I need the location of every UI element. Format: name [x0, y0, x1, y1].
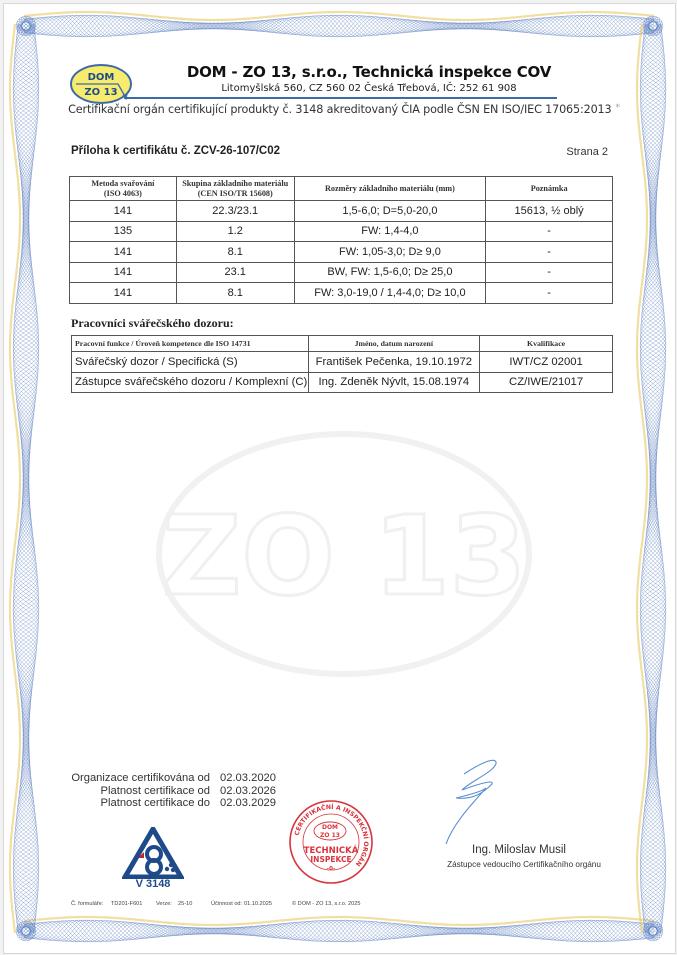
effective-label: Účinnost od:: [211, 901, 244, 907]
copyright: © DOM - ZO 13, s.r.o. 2025: [292, 901, 360, 907]
dimensions-cell: FW: 1,4-4,0: [294, 221, 486, 242]
company-name: DOM - ZO 13, s.r.o., Technická inspekce …: [179, 63, 559, 81]
signature: [434, 752, 524, 847]
supervision-section-title: Pracovníci svářečského dozoru:: [71, 316, 234, 331]
svg-text:ZO 13: ZO 13: [84, 87, 117, 98]
header-qualification: Kvalifikace: [480, 336, 613, 352]
svg-text:INSPEKCE: INSPEKCE: [310, 855, 351, 864]
welding-method-cell: 135: [70, 221, 177, 242]
qualification-cell: IWT/CZ 02001: [480, 352, 613, 373]
function-cell: Svářečský dozor / Specifická (S): [72, 352, 309, 373]
supervision-table-header: Pracovní funkce / Úroveň kompetence dle …: [72, 336, 613, 352]
function-cell: Zástupce svářečského dozoru / Komplexní …: [72, 372, 309, 393]
dimensions-cell: BW, FW: 1,5-6,0; D≥ 25,0: [294, 262, 486, 283]
note-cell: -: [486, 262, 613, 283]
header-material-group: Skupina základního materiálu(CEN ISO/TR …: [176, 177, 294, 201]
signatory-role: Zástupce vedoucího Certifikačního orgánu: [424, 860, 624, 869]
page-number: Strana 2: [544, 146, 608, 158]
table-row: 1351.2FW: 1,4-4,0-: [70, 221, 613, 242]
accreditation-code: V 3148: [122, 878, 184, 890]
name-birthdate-cell: František Pečenka, 19.10.1972: [308, 352, 480, 373]
watermark-logo: ZO 13: [154, 424, 534, 684]
validity-row: Platnost certifikace do02.03.2029: [64, 797, 276, 810]
official-stamp: CERTIFIKAČNÍ A INSPEKČNÍ ORGÁN DOM ZO 13…: [288, 799, 374, 885]
validity-row: Organizace certifikována od02.03.2020: [64, 772, 276, 785]
company-address: Litomyšlská 560, CZ 560 02 Česká Třebová…: [179, 83, 559, 94]
header-material-dimensions: Rozměry základního materiálu (mm): [294, 177, 486, 201]
dimensions-cell: FW: 1,05-3,0; D≥ 9,0: [294, 242, 486, 263]
welding-method-cell: 141: [70, 242, 177, 263]
table-row: 14123.1BW, FW: 1,5-6,0; D≥ 25,0-: [70, 262, 613, 283]
table-row: 1418.1FW: 1,05-3,0; D≥ 9,0-: [70, 242, 613, 263]
header-welding-method: Metoda svařování(ISO 4063): [70, 177, 177, 201]
svg-text:ZO 13: ZO 13: [162, 492, 527, 620]
version-label: Verze:: [156, 901, 178, 907]
form-number-value: TD201-F601: [111, 901, 156, 907]
header-name-birthdate: Jméno, datum narození: [308, 336, 480, 352]
svg-text:DOM: DOM: [322, 824, 338, 831]
dimensions-cell: FW: 3,0-19,0 / 1,4-4,0; D≥ 10,0: [294, 283, 486, 304]
dimensions-cell: 1,5-6,0; D=5,0-20,0: [294, 201, 486, 222]
note-cell: 15613, ½ oblý: [486, 201, 613, 222]
version-value: 25-10: [178, 901, 211, 907]
certificate-page: ZO 13 DOM ZO 13 DOM - ZO 13, s.r.o., Tec…: [3, 3, 676, 954]
note-cell: -: [486, 283, 613, 304]
welding-method-cell: 141: [70, 283, 177, 304]
annex-title: Příloha k certifikátu č. ZCV-26-107/C02: [71, 145, 280, 157]
header-function: Pracovní funkce / Úroveň kompetence dle …: [72, 336, 309, 352]
table-row: Svářečský dozor / Specifická (S)Františe…: [72, 352, 613, 373]
cia-accreditation-icon: [122, 827, 184, 879]
materials-table: Metoda svařování(ISO 4063) Skupina zákla…: [69, 176, 613, 304]
table-row: Zástupce svářečského dozoru / Komplexní …: [72, 372, 613, 393]
materials-table-header: Metoda svařování(ISO 4063) Skupina zákla…: [70, 177, 613, 201]
material-group-cell: 23.1: [176, 262, 294, 283]
validity-dates: Organizace certifikována od02.03.2020 Pl…: [64, 772, 276, 810]
material-group-cell: 8.1: [176, 242, 294, 263]
name-birthdate-cell: Ing. Zdeněk Nývlt, 15.08.1974: [308, 372, 480, 393]
certification-body-statement: Certifikační orgán certifikující produkt…: [64, 103, 624, 116]
material-group-cell: 8.1: [176, 283, 294, 304]
svg-text:ZO 13: ZO 13: [320, 832, 340, 839]
welding-method-cell: 141: [70, 262, 177, 283]
material-group-cell: 1.2: [176, 221, 294, 242]
note-cell: -: [486, 221, 613, 242]
table-row: 1418.1FW: 3,0-19,0 / 1,4-4,0; D≥ 10,0-: [70, 283, 613, 304]
note-cell: -: [486, 242, 613, 263]
asterisk-mark: *: [615, 103, 619, 113]
dom-zo13-logo: DOM ZO 13: [68, 62, 138, 108]
svg-text:-0-: -0-: [327, 866, 335, 872]
material-group-cell: 22.3/23.1: [176, 201, 294, 222]
table-row: 14122.3/23.11,5-6,0; D=5,0-20,015613, ½ …: [70, 201, 613, 222]
header-note: Poznámka: [486, 177, 613, 201]
svg-text:DOM: DOM: [88, 72, 115, 83]
form-footer: Č. formuláře: TD201-F601 Verze: 25-10 Úč…: [71, 901, 360, 907]
header-rule: [124, 97, 557, 99]
supervision-table: Pracovní funkce / Úroveň kompetence dle …: [71, 335, 613, 393]
validity-row: Platnost certifikace od02.03.2026: [64, 785, 276, 798]
effective-value: 01.10.2025: [244, 901, 292, 907]
certification-statement-text: Certifikační orgán certifikující produkt…: [68, 103, 611, 116]
welding-method-cell: 141: [70, 201, 177, 222]
qualification-cell: CZ/IWE/21017: [480, 372, 613, 393]
form-number-label: Č. formuláře:: [71, 901, 111, 907]
signatory-name: Ing. Miloslav Musil: [444, 844, 594, 856]
